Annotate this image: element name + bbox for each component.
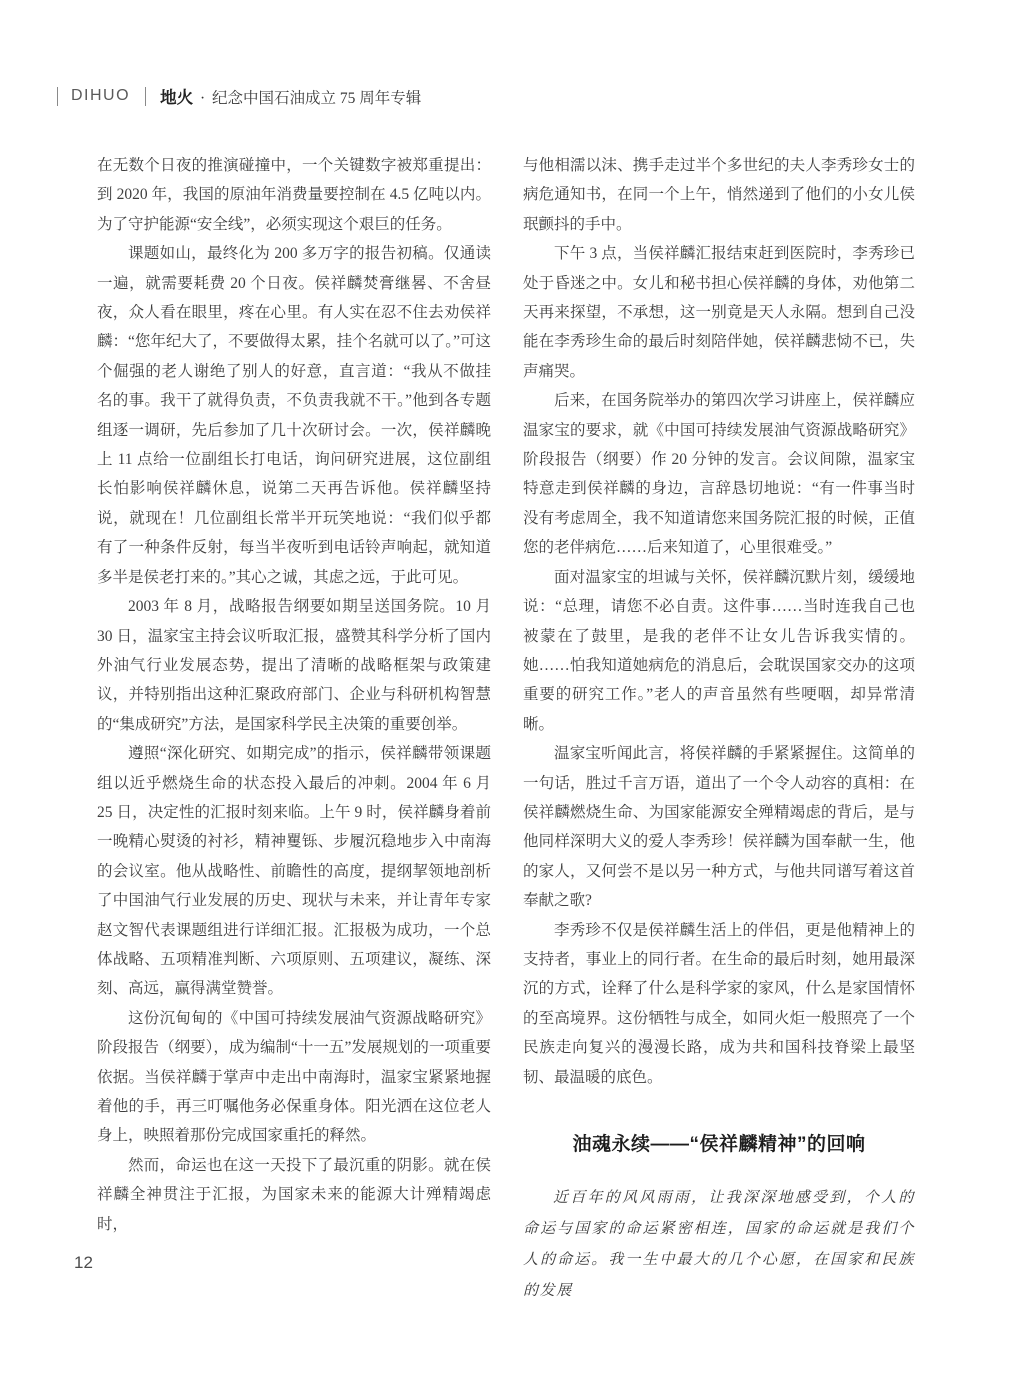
magazine-code: DIHUO (71, 87, 130, 105)
body-paragraph: 李秀珍不仅是侯祥麟生活上的伴侣，更是他精神上的支持者，事业上的同行者。在生命的最… (523, 916, 915, 1092)
body-paragraph: 然而，命运也在这一天投下了最沉重的阴影。就在侯祥麟全神贯注于汇报，为国家未来的能… (97, 1151, 491, 1239)
page-number: 12 (74, 1253, 93, 1273)
body-paragraph: 这份沉甸甸的《中国可持续发展油气资源战略研究》阶段报告（纲要），成为编制“十一五… (97, 1004, 491, 1151)
body-paragraph: 遵照“深化研究、如期完成”的指示，侯祥麟带领课题组以近乎燃烧生命的状态投入最后的… (97, 739, 491, 1004)
quote-paragraph: 近百年的风风雨雨，让我深深地感受到，个人的命运与国家的命运紧密相连，国家的命运就… (523, 1183, 915, 1307)
body-paragraph: 与他相濡以沫、携手走过半个多世纪的夫人李秀珍女士的病危通知书，在同一个上午，悄然… (523, 151, 915, 239)
body-paragraph: 温家宝听闻此言，将侯祥麟的手紧紧握住。这简单的一句话，胜过千言万语，道出了一个令… (523, 739, 915, 915)
section-heading: 油魂永续——“侯祥麟精神”的回响 (523, 1129, 915, 1156)
article-column-left: 在无数个日夜的推演碰撞中，一个关键数字被郑重提出：到 2020 年，我国的原油年… (97, 151, 491, 1239)
article-column-right: 与他相濡以沫、携手走过半个多世纪的夫人李秀珍女士的病危通知书，在同一个上午，悄然… (523, 151, 915, 1307)
body-paragraph: 后来，在国务院举办的第四次学习讲座上，侯祥麟应温家宝的要求，就《中国可持续发展油… (523, 386, 915, 562)
body-paragraph: 在无数个日夜的推演碰撞中，一个关键数字被郑重提出：到 2020 年，我国的原油年… (97, 151, 491, 239)
body-paragraph: 面对温家宝的坦诚与关怀，侯祥麟沉默片刻，缓缓地说：“总理，请您不必自责。这件事…… (523, 563, 915, 739)
body-paragraph: 下午 3 点，当侯祥麟汇报结束赶到医院时，李秀珍已处于昏迷之中。女儿和秘书担心侯… (523, 239, 915, 386)
magazine-title-group: 地火 · 纪念中国石油成立 75 周年专辑 (160, 84, 421, 108)
magazine-name: 地火 (160, 88, 193, 107)
body-paragraph: 2003 年 8 月，战略报告纲要如期呈送国务院。10 月 30 日，温家宝主持… (97, 592, 491, 739)
header-divider (57, 87, 58, 106)
header-divider (145, 87, 146, 106)
title-separator-dot: · (200, 90, 205, 107)
magazine-edition-subtitle: 纪念中国石油成立 75 周年专辑 (212, 90, 421, 107)
magazine-header: DIHUO 地火 · 纪念中国石油成立 75 周年专辑 (57, 84, 421, 108)
body-paragraph: 课题如山，最终化为 200 多万字的报告初稿。仅通读一遍，就需要耗费 20 个日… (97, 239, 491, 592)
